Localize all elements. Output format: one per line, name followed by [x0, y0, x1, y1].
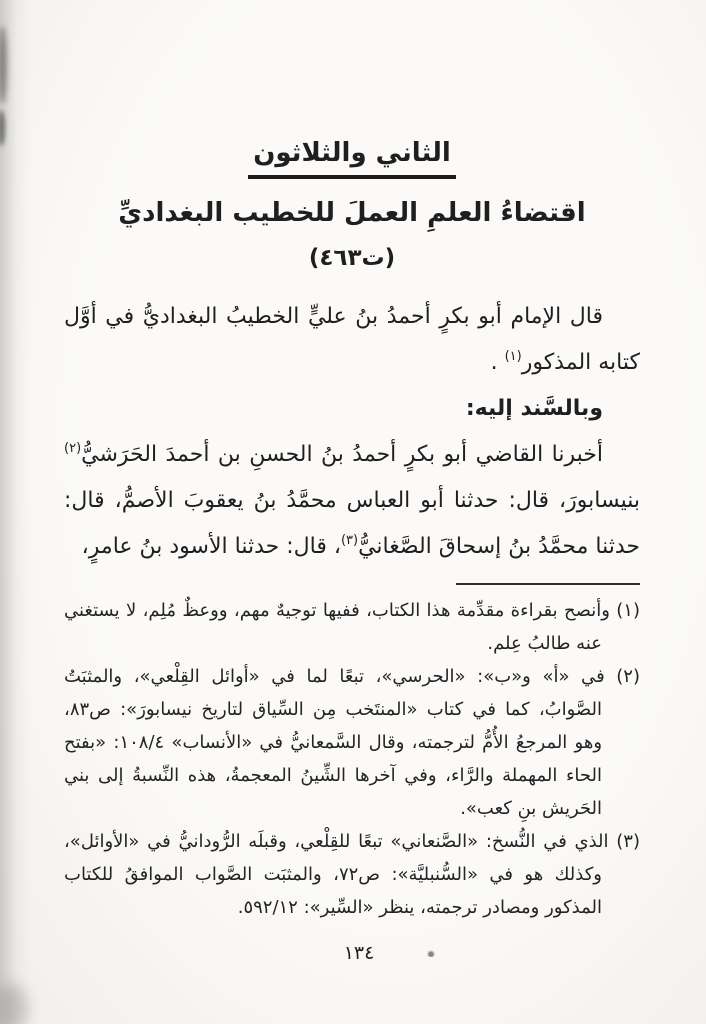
footnote-2-text: في «أ» و«ب»: «الحرسي»، تبعًا لما في «أوا… — [64, 666, 605, 819]
isnad-part-1: أخبرنا القاضي أبو بكرٍ أحمدُ بنُ الحسنِ … — [81, 442, 603, 467]
footnote-separator — [456, 583, 640, 585]
book-page: الثاني والثلاثون اقتضاءُ العلمِ العملَ ل… — [0, 0, 706, 1024]
sanad-line: وبالسَّند إليه: — [64, 386, 640, 432]
opening-paragraph: قال الإمام أبو بكرٍ أحمدُ بنُ عليٍّ الخط… — [64, 294, 640, 386]
footnotes-section: (١) وأنصح بقراءة مقدِّمة هذا الكتاب، ففي… — [64, 594, 640, 924]
footnote-ref-2: (٢) — [64, 441, 81, 456]
footnote-1-marker: (١) — [616, 600, 640, 621]
footnote-2: (٢) في «أ» و«ب»: «الحرسي»، تبعًا لما في … — [64, 660, 640, 825]
opening-text: قال الإمام أبو بكرٍ أحمدُ بنُ عليٍّ الخط… — [64, 304, 640, 375]
footnote-ref-3: (٣) — [341, 533, 358, 548]
opening-period: . — [491, 350, 505, 375]
footnote-3: (٣) الذي في النُّسخ: «الصَّنعاني» تبعًا … — [64, 825, 640, 924]
main-text: قال الإمام أبو بكرٍ أحمدُ بنُ عليٍّ الخط… — [64, 294, 640, 570]
chapter-number: الثاني والثلاثون — [248, 138, 456, 179]
footnote-2-marker: (٢) — [616, 666, 640, 687]
chapter-heading: الثاني والثلاثون — [64, 138, 640, 179]
footnote-1-text: وأنصح بقراءة مقدِّمة هذا الكتاب، ففيها ت… — [64, 600, 610, 654]
author-death-year: (ت٤٦٣) — [64, 245, 640, 271]
footnote-1: (١) وأنصح بقراءة مقدِّمة هذا الكتاب، ففي… — [64, 594, 640, 660]
footnote-3-marker: (٣) — [616, 831, 640, 852]
page-number: ١٣٤ — [6, 942, 706, 964]
page-content: الثاني والثلاثون اقتضاءُ العلمِ العملَ ل… — [0, 0, 706, 924]
isnad-part-3: ، قال: حدثنا الأسود بنُ عامرٍ، — [82, 534, 341, 559]
scan-artifact — [0, 984, 28, 1024]
isnad-paragraph: أخبرنا القاضي أبو بكرٍ أحمدُ بنُ الحسنِ … — [64, 432, 640, 570]
footnote-ref-1: (١) — [505, 349, 522, 364]
book-title: اقتضاءُ العلمِ العملَ للخطيب البغداديِّ — [64, 196, 640, 230]
footnote-3-text: الذي في النُّسخ: «الصَّنعاني» تبعًا للقِ… — [64, 831, 609, 918]
